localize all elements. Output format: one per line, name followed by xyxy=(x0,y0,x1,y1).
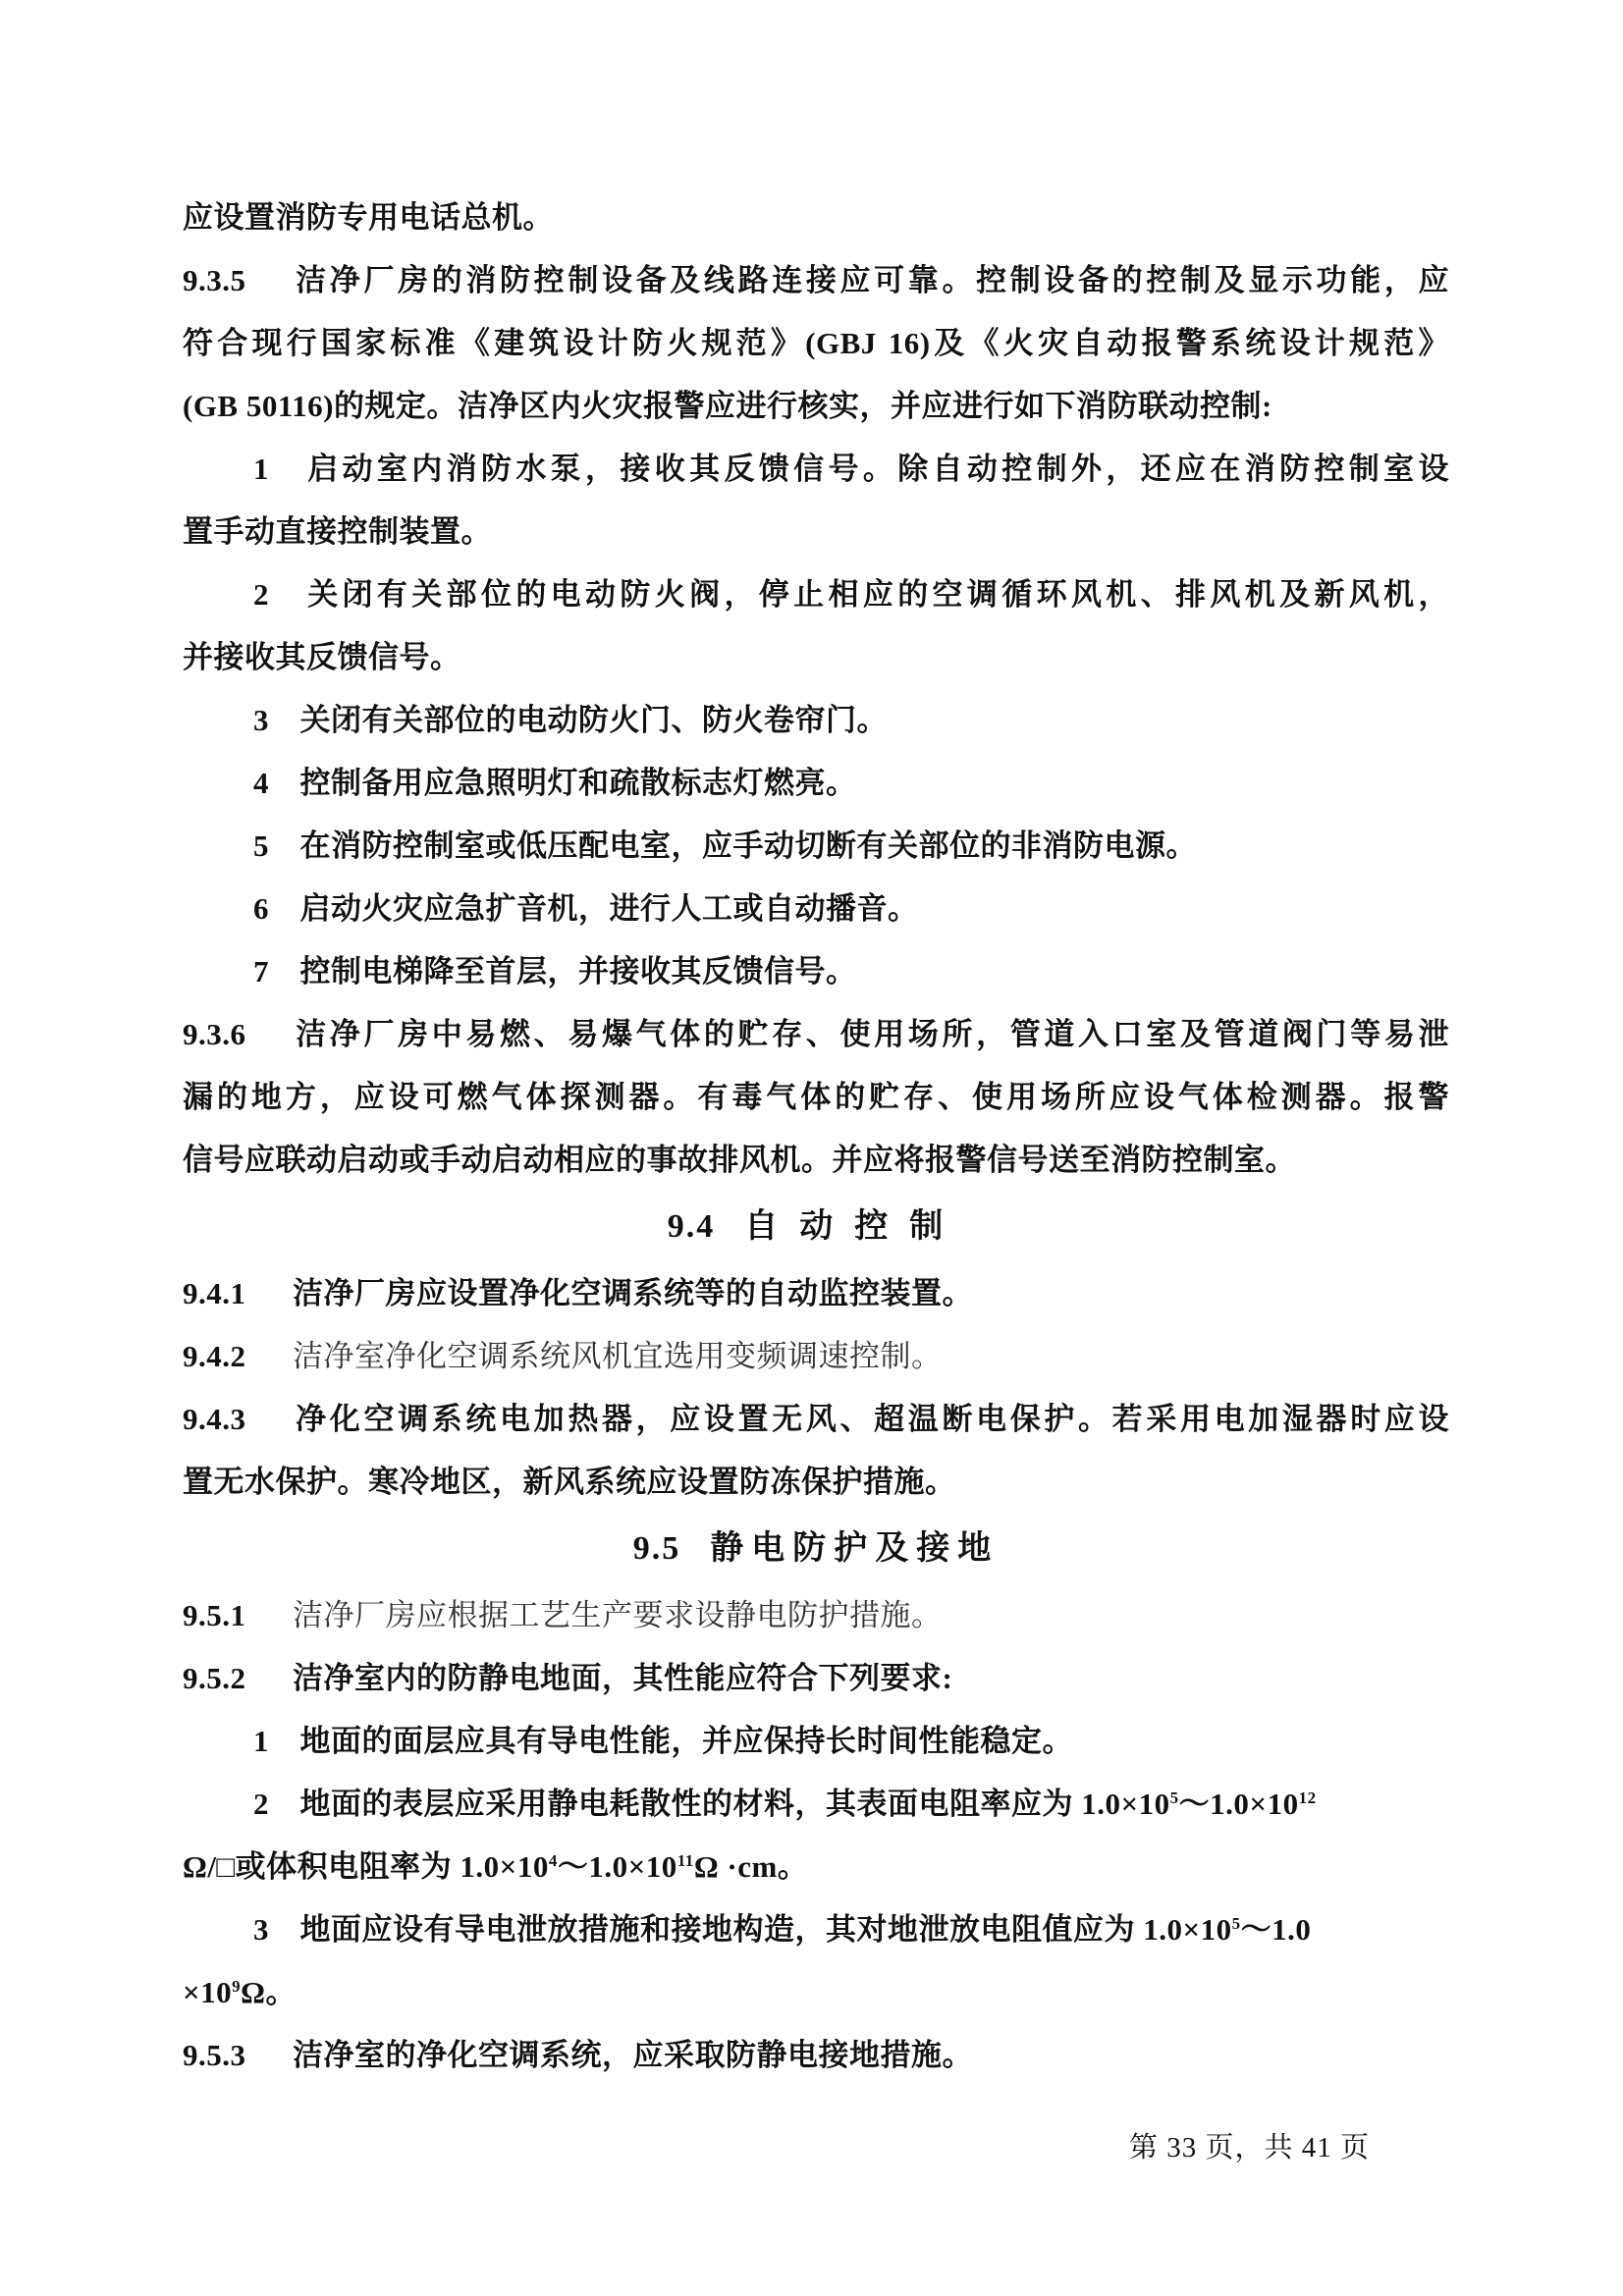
clause-9-4-1: 9.4.1洁净厂房应设置净化空调系统等的自动监控装置。 xyxy=(183,1262,1449,1325)
text: 净化空调系统电加热器，应设置无风、超温断电保护。若采用电加湿器时应设 xyxy=(293,1402,1449,1436)
list-item: 3 关闭有关部位的电动防火门、防火卷帘门。 xyxy=(183,689,1449,752)
exponent: 5 xyxy=(1170,1789,1179,1807)
document-page: 应设置消防专用电话总机。 9.3.5洁净厂房的消防控制设备及线路连接应可靠。控制… xyxy=(183,187,1449,2087)
text-line: 符合现行国家标准《建筑设计防火规范》(GBJ 16)及《火灾自动报警系统设计规范… xyxy=(183,312,1449,375)
text-line: Ω/□或体积电阻率为 1.0×104～1.0×1011Ω ·cm。 xyxy=(183,1836,1449,1898)
exponent: 9 xyxy=(232,1977,241,1996)
clause-number: 9.4.2 xyxy=(183,1325,293,1388)
text: 洁净厂房中易燃、易爆气体的贮存、使用场所，管道入口室及管道阀门等易泄 xyxy=(293,1017,1449,1051)
text: ～1.0×10 xyxy=(1179,1787,1299,1821)
text: Ω。 xyxy=(241,1975,297,2009)
clause-9-4-2: 9.4.2洁净室净化空调系统风机宜选用变频调速控制。 xyxy=(183,1325,1449,1388)
text: 洁净室内的防静电地面，其性能应符合下列要求: xyxy=(293,1661,952,1695)
text-line: ×109Ω。 xyxy=(183,1961,1449,2024)
text-line: 置手动直接控制装置。 xyxy=(183,501,1449,563)
text-line: 置无水保护。寒冷地区，新风系统应设置防冻保护措施。 xyxy=(183,1451,1449,1514)
exponent: 4 xyxy=(549,1851,558,1870)
text: 洁净厂房应根据工艺生产要求设静电防护措施。 xyxy=(293,1598,943,1632)
list-item: 5 在消防控制室或低压配电室，应手动切断有关部位的非消防电源。 xyxy=(183,815,1449,878)
page-footer: 第 33 页，共 41 页 xyxy=(1129,2125,1370,2165)
clause-9-4-3: 9.4.3净化空调系统电加热器，应设置无风、超温断电保护。若采用电加湿器时应设 xyxy=(183,1388,1449,1451)
list-item: 4 控制备用应急照明灯和疏散标志灯燃亮。 xyxy=(183,752,1449,815)
text-line: (GB 50116)的规定。洁净区内火灾报警应进行核实，并应进行如下消防联动控制… xyxy=(183,375,1449,438)
clause-9-3-6: 9.3.6洁净厂房中易燃、易爆气体的贮存、使用场所，管道入口室及管道阀门等易泄 xyxy=(183,1003,1449,1066)
clause-number: 9.5.2 xyxy=(183,1647,293,1710)
clause-9-3-5: 9.3.5洁净厂房的消防控制设备及线路连接应可靠。控制设备的控制及显示功能，应 xyxy=(183,249,1449,312)
text-line: 应设置消防专用电话总机。 xyxy=(183,187,1449,249)
text: ×10 xyxy=(183,1975,232,2009)
section-heading-9-5: 9.5静电防护及接地 xyxy=(183,1514,1449,1584)
list-item: 3 地面应设有导电泄放措施和接地构造，其对地泄放电阻值应为 1.0×105～1.… xyxy=(183,1898,1449,1961)
text: Ω/□或体积电阻率为 1.0×10 xyxy=(183,1849,549,1884)
text: 洁净厂房应设置净化空调系统等的自动监控装置。 xyxy=(293,1276,973,1310)
exponent: 11 xyxy=(677,1851,694,1870)
clause-number: 9.4.3 xyxy=(183,1388,293,1451)
list-item: 2 地面的表层应采用静电耗散性的材料，其表面电阻率应为 1.0×105～1.0×… xyxy=(183,1773,1449,1836)
list-item: 7 控制电梯降至首层，并接收其反馈信号。 xyxy=(183,940,1449,1003)
list-item: 1 地面的面层应具有导电性能，并应保持长时间性能稳定。 xyxy=(183,1710,1449,1773)
section-number: 9.4 xyxy=(668,1208,716,1245)
clause-number: 9.5.3 xyxy=(183,2024,293,2087)
text-line: 并接收其反馈信号。 xyxy=(183,626,1449,689)
exponent: 12 xyxy=(1299,1789,1317,1807)
list-item: 6 启动火灾应急扩音机，进行人工或自动播音。 xyxy=(183,878,1449,940)
list-item: 1 启动室内消防水泵，接收其反馈信号。除自动控制外，还应在消防控制室设 xyxy=(183,438,1449,501)
section-title: 静电防护及接地 xyxy=(710,1530,999,1567)
list-item: 2 关闭有关部位的电动防火阀，停止相应的空调循环风机、排风机及新风机， xyxy=(183,563,1449,626)
exponent: 5 xyxy=(1232,1914,1241,1933)
clause-number: 9.3.6 xyxy=(183,1003,293,1066)
text: ～1.0 xyxy=(1241,1912,1312,1947)
text: 3 地面应设有导电泄放措施和接地构造，其对地泄放电阻值应为 1.0×10 xyxy=(253,1912,1232,1947)
text: ～1.0×10 xyxy=(558,1849,677,1884)
text: Ω ·cm。 xyxy=(694,1849,809,1884)
clause-number: 9.3.5 xyxy=(183,249,293,312)
text-line: 信号应联动启动或手动启动相应的事故排风机。并应将报警信号送至消防控制室。 xyxy=(183,1129,1449,1192)
section-number: 9.5 xyxy=(633,1530,681,1567)
text: 洁净室的净化空调系统，应采取防静电接地措施。 xyxy=(293,2038,973,2072)
text-line: 漏的地方，应设可燃气体探测器。有毒气体的贮存、使用场所应设气体检测器。报警 xyxy=(183,1066,1449,1129)
clause-number: 9.4.1 xyxy=(183,1262,293,1325)
clause-9-5-1: 9.5.1洁净厂房应根据工艺生产要求设静电防护措施。 xyxy=(183,1584,1449,1647)
text: 洁净厂房的消防控制设备及线路连接应可靠。控制设备的控制及显示功能，应 xyxy=(293,263,1449,297)
clause-number: 9.5.1 xyxy=(183,1584,293,1647)
clause-9-5-3: 9.5.3洁净室的净化空调系统，应采取防静电接地措施。 xyxy=(183,2024,1449,2087)
clause-9-5-2: 9.5.2洁净室内的防静电地面，其性能应符合下列要求: xyxy=(183,1647,1449,1710)
section-title: 自动控制 xyxy=(744,1208,964,1245)
text: 2 地面的表层应采用静电耗散性的材料，其表面电阻率应为 1.0×10 xyxy=(253,1787,1170,1821)
text: 洁净室净化空调系统风机宜选用变频调速控制。 xyxy=(293,1339,943,1373)
section-heading-9-4: 9.4自动控制 xyxy=(183,1192,1449,1262)
